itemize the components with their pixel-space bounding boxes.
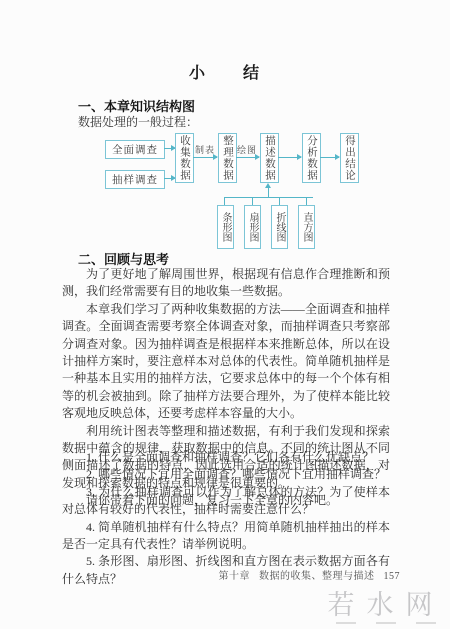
flow-box-line-chart: 折线图 — [271, 205, 288, 249]
arrow-collect-to-organize — [193, 157, 217, 158]
footer-chapter: 第十章 — [219, 571, 251, 582]
paragraph-1: 为了更好地了解周围世界，根据现有信息作合理推断和预测，我们经常需要有目的地收集一… — [62, 266, 390, 301]
flow-box-describe-data: 描述数据 — [260, 133, 279, 183]
connector-stub-pie — [252, 197, 253, 205]
page-footer: 第十章 数据的收集、整理与描述 157 — [219, 567, 401, 582]
connector-horizontal — [224, 197, 313, 198]
watermark-subtext — [330, 622, 442, 624]
connector-vertical — [268, 187, 269, 197]
question-4: 4. 简单随机抽样有什么特点？用简单随机抽样抽出的样本是否一定具有代表性？请举例… — [62, 519, 390, 554]
section1-intro: 数据处理的一般过程： — [78, 113, 198, 130]
arrow-organize-to-describe — [236, 157, 259, 158]
flow-box-histogram: 直方图 — [298, 205, 315, 249]
flow-box-sampling: 抽样调查 — [105, 170, 165, 189]
page-title: 小 结 — [0, 60, 450, 83]
textbook-page: 小 结 一、本章知识结构图 数据处理的一般过程： 全面调查 抽样调查 收集数据 … — [0, 0, 450, 629]
arrow-census-to-collect — [164, 148, 175, 149]
footer-page-number: 157 — [384, 571, 401, 582]
arrow-describe-to-analyze — [278, 157, 301, 158]
flow-box-conclusion: 得出结论 — [340, 133, 359, 183]
connector-stub-bar — [224, 197, 225, 205]
flow-box-analyze-data: 分析数据 — [302, 133, 321, 183]
arrow-analyze-to-conclusion — [320, 157, 339, 158]
flow-box-collect-data: 收集数据 — [175, 133, 194, 183]
flow-box-census: 全面调查 — [105, 140, 165, 159]
question-2: 2. 哪些情况下宜用全面调查？哪些情况下宜用抽样调查？ — [62, 466, 390, 483]
flow-box-organize-data: 整理数据 — [218, 133, 237, 183]
knowledge-structure-diagram: 全面调查 抽样调查 收集数据 整理数据 描述数据 分析数据 得出结论 制表 绘图… — [60, 130, 400, 252]
watermark-text: 若水网 — [326, 590, 446, 620]
flow-box-pie-chart: 扇形图 — [244, 205, 261, 249]
flow-box-bar-chart: 条形图 — [217, 205, 234, 249]
connector-stub-line — [279, 197, 280, 205]
question-1: 1. 什么是全面调查和抽样调查？它们各有什么优缺点？ — [62, 449, 390, 466]
footer-chapter-title: 数据的收集、整理与描述 — [259, 571, 375, 582]
arrow-label-draw: 绘图 — [234, 143, 260, 156]
connector-stub-histogram — [306, 197, 307, 205]
question-3: 3. 为什么抽样调查可以作为了解总体的方法？为了使样本对总体有较好的代表性，抽样… — [62, 484, 390, 519]
paragraph-2: 本章我们学习了两种收集数据的方法——全面调查和抽样调查。全面调查需要考察全体调查… — [62, 301, 390, 423]
arrow-label-tabulate: 制表 — [192, 143, 218, 156]
arrow-sampling-to-collect — [164, 178, 175, 179]
